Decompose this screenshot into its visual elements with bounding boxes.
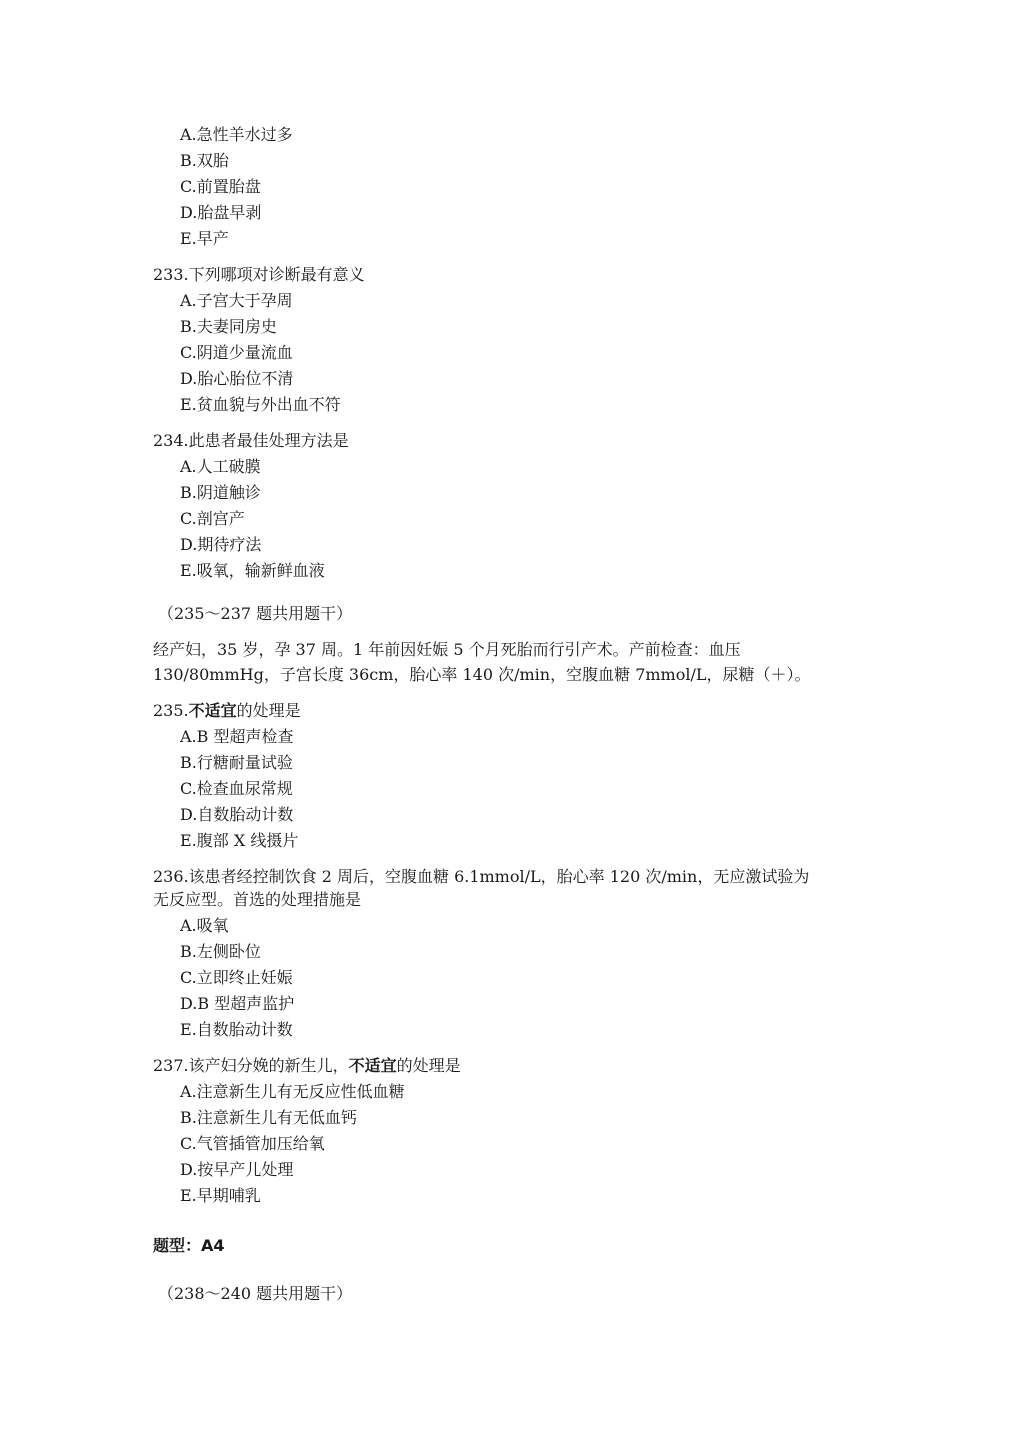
option-232-e: E.早产 (180, 229, 229, 249)
option-234-b: B.阴道触诊 (180, 483, 261, 503)
option-233-e: E.贫血貌与外出血不符 (180, 395, 341, 415)
option-236-c: C.立即终止妊娠 (180, 968, 293, 988)
option-235-e: E.腹部 X 线摄片 (180, 831, 298, 851)
option-232-b: B.双胎 (180, 151, 229, 171)
question-235-stem: 235.不适宜的处理是 (153, 701, 301, 721)
option-234-d: D.期待疗法 (180, 535, 261, 555)
option-234-a: A.人工破膜 (180, 457, 261, 477)
option-235-c: C.检查血尿常规 (180, 779, 293, 799)
option-235-b: B.行糖耐量试验 (180, 753, 293, 773)
option-235-a: A.B 型超声检查 (180, 727, 294, 747)
question-237-text: 的处理是 (397, 1056, 461, 1075)
question-236-stem-line-1: 236.该患者经控制饮食 2 周后，空腹血糖 6.1mmol/L，胎心率 120… (153, 867, 809, 887)
option-237-a: A.注意新生儿有无反应性低血糖 (180, 1082, 405, 1102)
option-236-d: D.B 型超声监护 (180, 994, 294, 1014)
option-233-a: A.子宫大于孕周 (180, 291, 293, 311)
question-233-stem: 233.下列哪项对诊断最有意义 (153, 265, 365, 285)
case-description-line-1: 经产妇，35 岁，孕 37 周。1 年前因妊娠 5 个月死胎而行引产术。产前检查… (153, 640, 741, 660)
option-236-e: E.自数胎动计数 (180, 1020, 293, 1040)
shared-stem-label-238-240: （238～240 题共用题干） (158, 1284, 352, 1304)
option-233-b: B.夫妻同房史 (180, 317, 277, 337)
question-237-stem: 237.该产妇分娩的新生儿，不适宜的处理是 (153, 1056, 461, 1076)
question-237-emphasis: 不适宜 (349, 1056, 397, 1075)
question-235-emphasis: 不适宜 (189, 701, 237, 720)
option-237-d: D.按早产儿处理 (180, 1160, 293, 1180)
question-235-number: 235. (153, 701, 189, 720)
option-237-b: B.注意新生儿有无低血钙 (180, 1108, 357, 1128)
option-237-c: C.气管插管加压给氧 (180, 1134, 325, 1154)
case-description-line-2: 130/80mmHg，子宫长度 36cm，胎心率 140 次/min，空腹血糖 … (153, 665, 810, 685)
option-234-c: C.剖宫产 (180, 509, 245, 529)
document-page: A.急性羊水过多 B.双胎 C.前置胎盘 D.胎盘早剥 E.早产 233.下列哪… (0, 0, 1023, 1447)
option-233-d: D.胎心胎位不清 (180, 369, 293, 389)
option-235-d: D.自数胎动计数 (180, 805, 293, 825)
question-234-stem: 234.此患者最佳处理方法是 (153, 431, 349, 451)
option-236-b: B.左侧卧位 (180, 942, 261, 962)
option-233-c: C.阴道少量流血 (180, 343, 293, 363)
option-232-a: A.急性羊水过多 (180, 125, 293, 145)
option-232-d: D.胎盘早剥 (180, 203, 261, 223)
section-heading-question-type: 题型：A4 (153, 1236, 225, 1256)
option-232-c: C.前置胎盘 (180, 177, 261, 197)
option-236-a: A.吸氧 (180, 916, 229, 936)
question-235-text: 的处理是 (237, 701, 301, 720)
question-237-number-text: 237.该产妇分娩的新生儿， (153, 1056, 349, 1075)
shared-stem-label-235-237: （235～237 题共用题干） (158, 604, 352, 624)
question-236-stem-line-2: 无反应型。首选的处理措施是 (153, 890, 361, 910)
option-237-e: E.早期哺乳 (180, 1186, 261, 1206)
option-234-e: E.吸氧，输新鲜血液 (180, 561, 325, 581)
